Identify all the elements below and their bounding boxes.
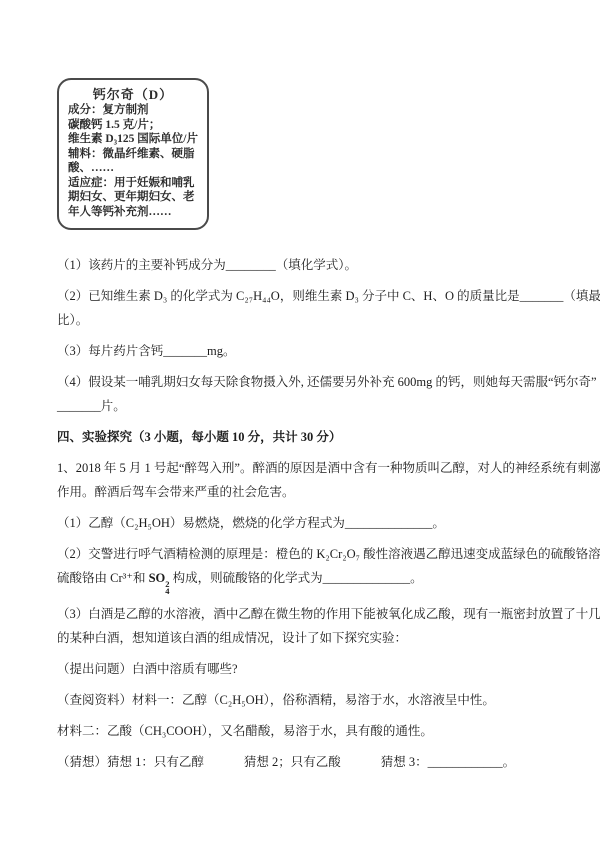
question-2: （2）已知维生素 D₃ 的化学式为 C₂₇H₄₄O，则维生素 D₃ 分子中 C、… [57, 284, 560, 332]
section-4-heading-text: 四、实验探究（3 小题，每小题 10 分，共计 30 分） [57, 425, 560, 449]
question-2-line2: 比）。 [57, 308, 560, 332]
section4-question-1-intro: 1、2018 年 5 月 1 号起“醉驾入刑”。醉酒的原因是酒中含有一种物质叫乙… [57, 456, 560, 504]
section4-q1-intro-line1: 1、2018 年 5 月 1 号起“醉驾入刑”。醉酒的原因是酒中含有一种物质叫乙… [57, 456, 560, 480]
section4-sub2-line1: （2）交警进行呼气酒精检测的原理是：橙色的 K₂Cr₂O₇ 酸性溶液遇乙醇迅速变… [57, 542, 560, 566]
question-2-line1: （2）已知维生素 D₃ 的化学式为 C₂₇H₄₄O，则维生素 D₃ 分子中 C、… [57, 284, 560, 308]
section4-sub-question-2: （2）交警进行呼气酒精检测的原理是：橙色的 K₂Cr₂O₇ 酸性溶液遇乙醇迅速变… [57, 542, 560, 595]
question-4-line2: _______片。 [57, 394, 560, 418]
section-4-heading: 四、实验探究（3 小题，每小题 10 分，共计 30 分） [57, 425, 560, 449]
medicine-label-line: 酸、…… [68, 161, 198, 176]
medicine-label-title: 钙尔奇（D） [68, 87, 198, 103]
section4-sub-question-3: （3）白酒是乙醇的水溶液，酒中乙醇在微生物的作用下能被氧化成乙酸，现有一瓶密封放… [57, 602, 560, 650]
sulfate-subscript: 4 [165, 588, 169, 595]
section4-sub-question-1: （1）乙醇（C₂H₅OH）易燃烧，燃烧的化学方程式为______________… [57, 511, 560, 535]
ask-question-text: （提出问题）白酒中溶质有哪些? [57, 657, 560, 681]
ask-question-paragraph: （提出问题）白酒中溶质有哪些? [57, 657, 560, 681]
medicine-label-box: 钙尔奇（D） 成分：复方制剂 碳酸钙 1.5 克/片； 维生素 D₃125 国际… [57, 78, 209, 230]
reference-material-2: 材料二：乙酸（CH₃COOH），又名醋酸，易溶于水，具有酸的通性。 [57, 719, 560, 743]
question-1: （1）该药片的主要补钙成分为________（填化学式）。 [57, 253, 560, 277]
guess-3: 猜想 3：____________。 [381, 750, 515, 774]
sulfate-formula-base: SO [149, 571, 166, 585]
sub2-line2-pre: 硫酸铬由 Cr³⁺和 [57, 571, 149, 585]
medicine-label-line: 辅料：微晶纤维素、硬脂 [68, 147, 198, 162]
guesses-paragraph: （猜想）猜想 1：只有乙醇猜想 2；只有乙酸猜想 3：____________。 [57, 750, 560, 774]
medicine-label-line: 年人等钙补充剂…… [68, 205, 198, 220]
medicine-label-line: 期妇女、更年期妇女、老 [68, 190, 198, 205]
medicine-label-line: 适应症：用于妊娠和哺乳 [68, 176, 198, 191]
medicine-label-line: 维生素 D₃125 国际单位/片 [68, 132, 198, 147]
section4-sub3-line2: 的某种白酒，想知道该白酒的组成情况，设计了如下探究实验： [57, 626, 560, 650]
sub2-line2-post: 构成，则硫酸铬的化学式为______________。 [170, 571, 423, 585]
question-3: （3）每片药片含钙_______mg。 [57, 339, 560, 363]
reference-material-2-text: 材料二：乙酸（CH₃COOH），又名醋酸，易溶于水，具有酸的通性。 [57, 719, 560, 743]
question-4: （4）假设某一哺乳期妇女每天除食物摄入外, 还儒要另外补充 600mg 的钙，则… [57, 370, 560, 418]
section4-sub1-text: （1）乙醇（C₂H₅OH）易燃烧，燃烧的化学方程式为______________… [57, 511, 560, 535]
question-4-line1: （4）假设某一哺乳期妇女每天除食物摄入外, 还儒要另外补充 600mg 的钙，则… [57, 370, 560, 394]
guess-1: （猜想）猜想 1：只有乙醇 [57, 755, 204, 769]
reference-material-1-text: （查阅资料）材料一：乙醇（C₂H₅OH），俗称酒精，易溶于水，水溶液呈中性。 [57, 688, 560, 712]
medicine-label-line: 碳酸钙 1.5 克/片； [68, 118, 198, 133]
medicine-label-line: 成分：复方制剂 [68, 103, 198, 118]
guess-2: 猜想 2；只有乙酸 [244, 750, 341, 774]
section4-sub3-line1: （3）白酒是乙醇的水溶液，酒中乙醇在微生物的作用下能被氧化成乙酸，现有一瓶密封放… [57, 602, 560, 626]
guesses-line: （猜想）猜想 1：只有乙醇猜想 2；只有乙酸猜想 3：____________。 [57, 750, 560, 774]
question-1-text: （1）该药片的主要补钙成分为________（填化学式）。 [57, 253, 560, 277]
reference-material-1: （查阅资料）材料一：乙醇（C₂H₅OH），俗称酒精，易溶于水，水溶液呈中性。 [57, 688, 560, 712]
section4-q1-intro-line2: 作用。醉酒后驾车会带来严重的社会危害。 [57, 480, 560, 504]
document-page: 钙尔奇（D） 成分：复方制剂 碳酸钙 1.5 克/片； 维生素 D₃125 国际… [0, 0, 600, 848]
question-3-text: （3）每片药片含钙_______mg。 [57, 339, 560, 363]
section4-sub2-line2: 硫酸铬由 Cr³⁺和 SO24 构成，则硫酸铬的化学式为____________… [57, 566, 560, 595]
